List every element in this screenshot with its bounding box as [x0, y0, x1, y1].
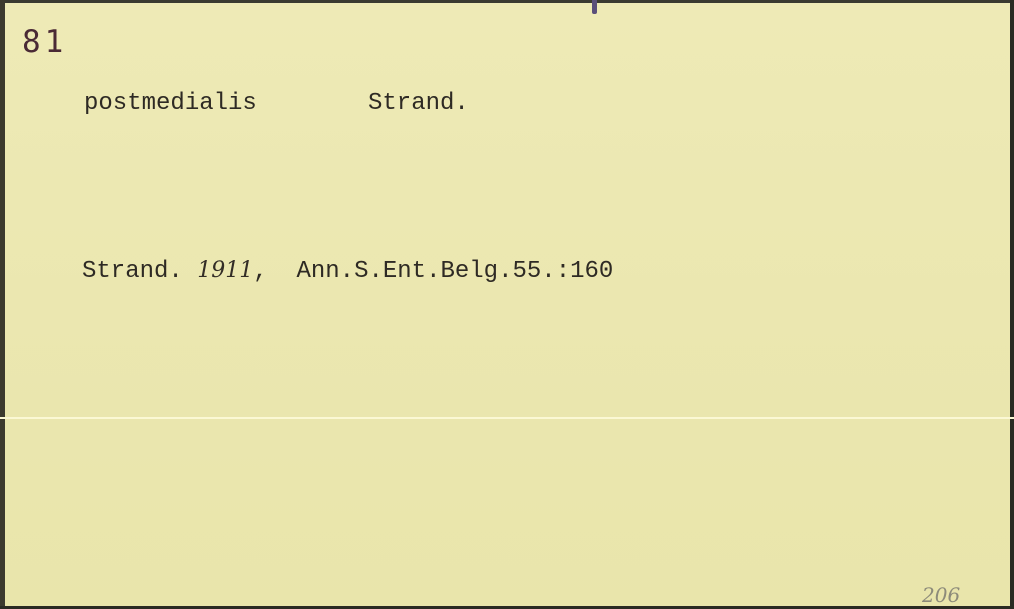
- reference-line: Strand. 1911, Ann.S.Ent.Belg.55.:160: [82, 258, 613, 285]
- species-author: Strand.: [368, 90, 469, 117]
- scan-left-border: [0, 0, 5, 609]
- scan-top-border: [0, 0, 1014, 3]
- reference-year: 1911: [197, 258, 253, 283]
- card-fold-line: [0, 417, 1014, 419]
- pencil-note: 206: [922, 583, 960, 607]
- card-number: 81: [22, 24, 67, 60]
- reference-citation: Ann.S.Ent.Belg.55.:160: [296, 258, 613, 285]
- species-name: postmedialis: [84, 90, 257, 117]
- reference-author: Strand.: [82, 258, 183, 285]
- index-tab-marker: [592, 0, 597, 14]
- scan-right-border: [1010, 0, 1014, 609]
